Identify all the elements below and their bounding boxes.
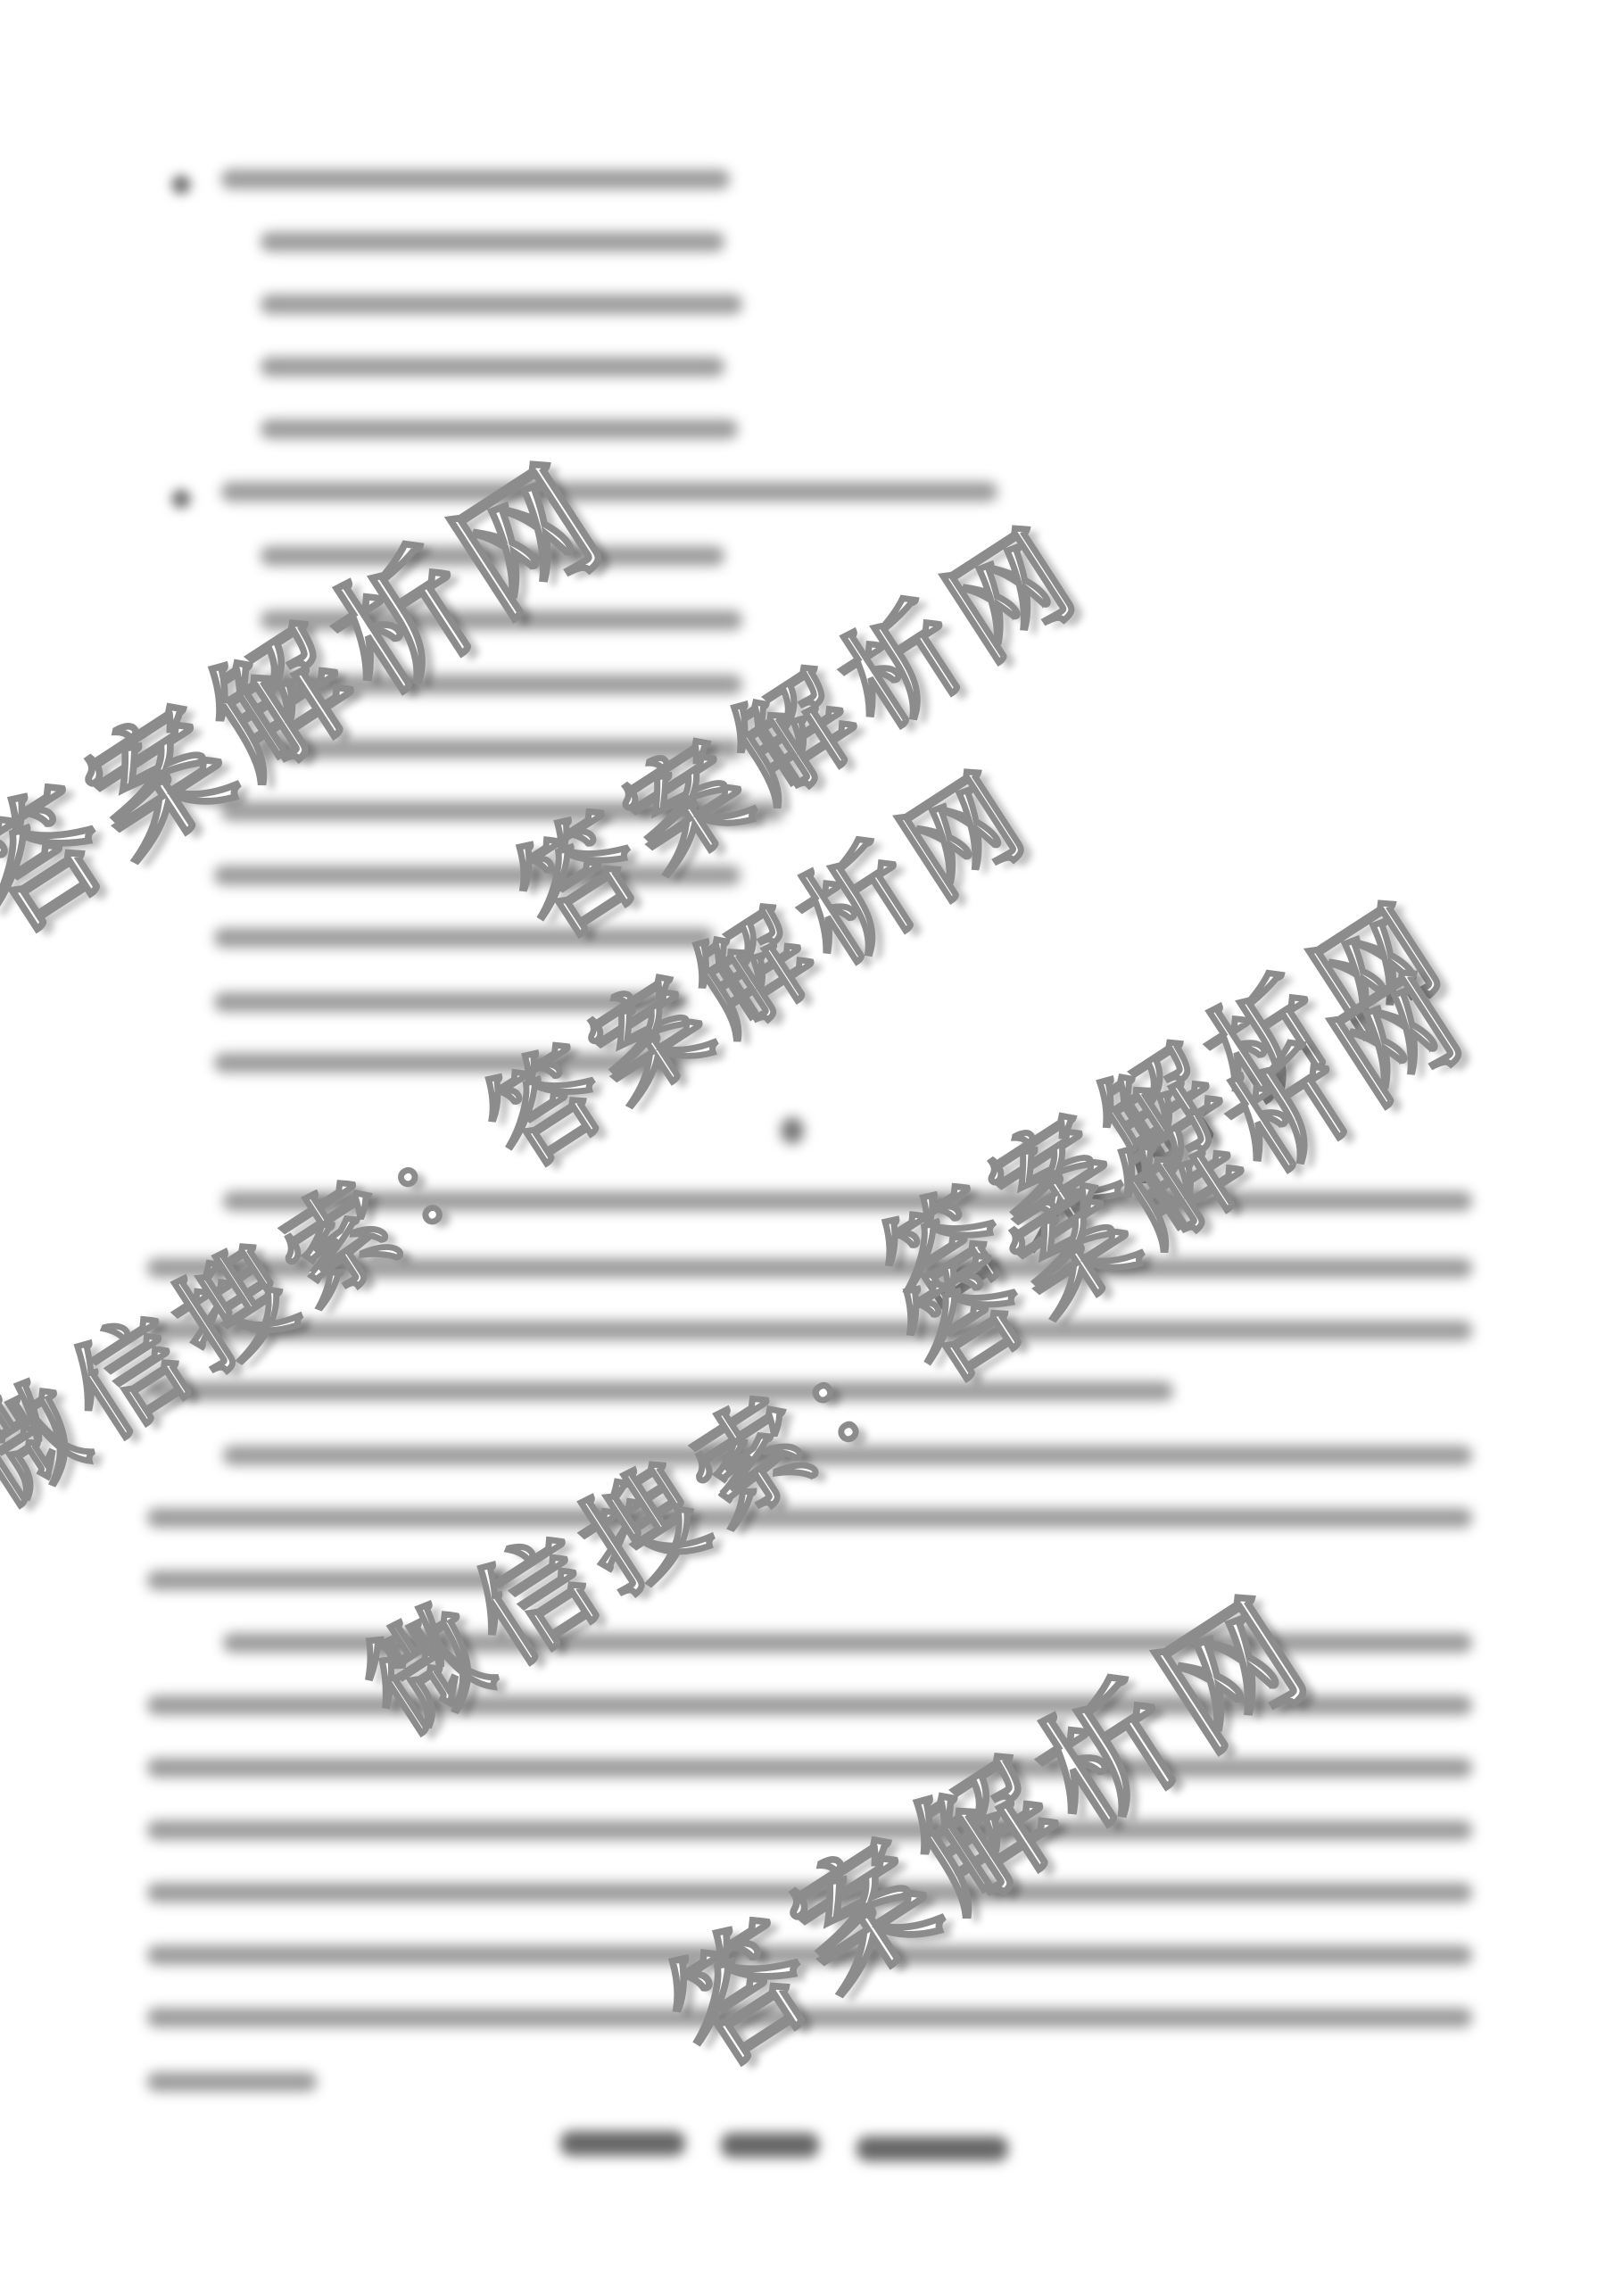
paragraph-1: [blurred paragraph 1] <box>0 0 1 1</box>
option-c <box>261 675 742 694</box>
footer-part <box>721 2133 819 2158</box>
passage-line <box>147 1381 1173 1401</box>
footer-part <box>857 2136 1008 2161</box>
passage-line <box>147 1820 1472 1840</box>
passage-line <box>147 2008 1472 2027</box>
question-number <box>171 489 191 509</box>
section-heading <box>781 1117 804 1144</box>
passage-line <box>147 1695 1472 1715</box>
option-b <box>261 610 742 630</box>
section-heading-text: [blurred section letter] <box>0 0 1 1</box>
paragraph-2: [blurred paragraph 2] <box>0 0 1 1</box>
passage-line <box>147 1258 1472 1278</box>
passage-line <box>223 1191 1472 1211</box>
footer-text: [blurred page footer] <box>0 0 1 1</box>
passage-line <box>147 1571 513 1590</box>
question-number <box>171 175 191 195</box>
passage-line <box>147 1945 1472 1965</box>
footer-part <box>560 2131 685 2156</box>
exam-page: [blurred question text] [blurred questio… <box>0 0 1622 2296</box>
question-3-stem: [blurred question text] <box>0 0 1 1</box>
option-b <box>261 294 742 314</box>
passage-line <box>223 1446 1472 1465</box>
option-b <box>214 928 714 948</box>
option-d <box>261 419 738 439</box>
option-d <box>214 1053 687 1073</box>
option-a <box>214 866 741 885</box>
paragraph-4: [blurred paragraph 4] <box>0 0 1 1</box>
question-stem-line <box>221 482 997 501</box>
passage-line <box>147 1758 1472 1778</box>
watermark: 微信搜索：答案解析网 <box>0 725 1058 1535</box>
question-stem-line <box>221 801 783 821</box>
question-2-stem: [blurred question text] <box>0 0 1 1</box>
option-a <box>261 546 724 566</box>
option-c <box>261 357 724 377</box>
question-stem-line <box>221 170 730 189</box>
paragraph-3: [blurred paragraph 3] <box>0 0 1 1</box>
option-c <box>214 992 687 1012</box>
option-d <box>261 739 742 758</box>
passage-line <box>147 2072 317 2092</box>
passage-line <box>147 1883 1472 1902</box>
passage-line <box>223 1633 1472 1653</box>
passage-line <box>147 1321 1472 1340</box>
passage-line <box>147 1508 1472 1528</box>
question-1-stem: [blurred question text] <box>0 0 1 1</box>
option-a <box>261 232 724 252</box>
